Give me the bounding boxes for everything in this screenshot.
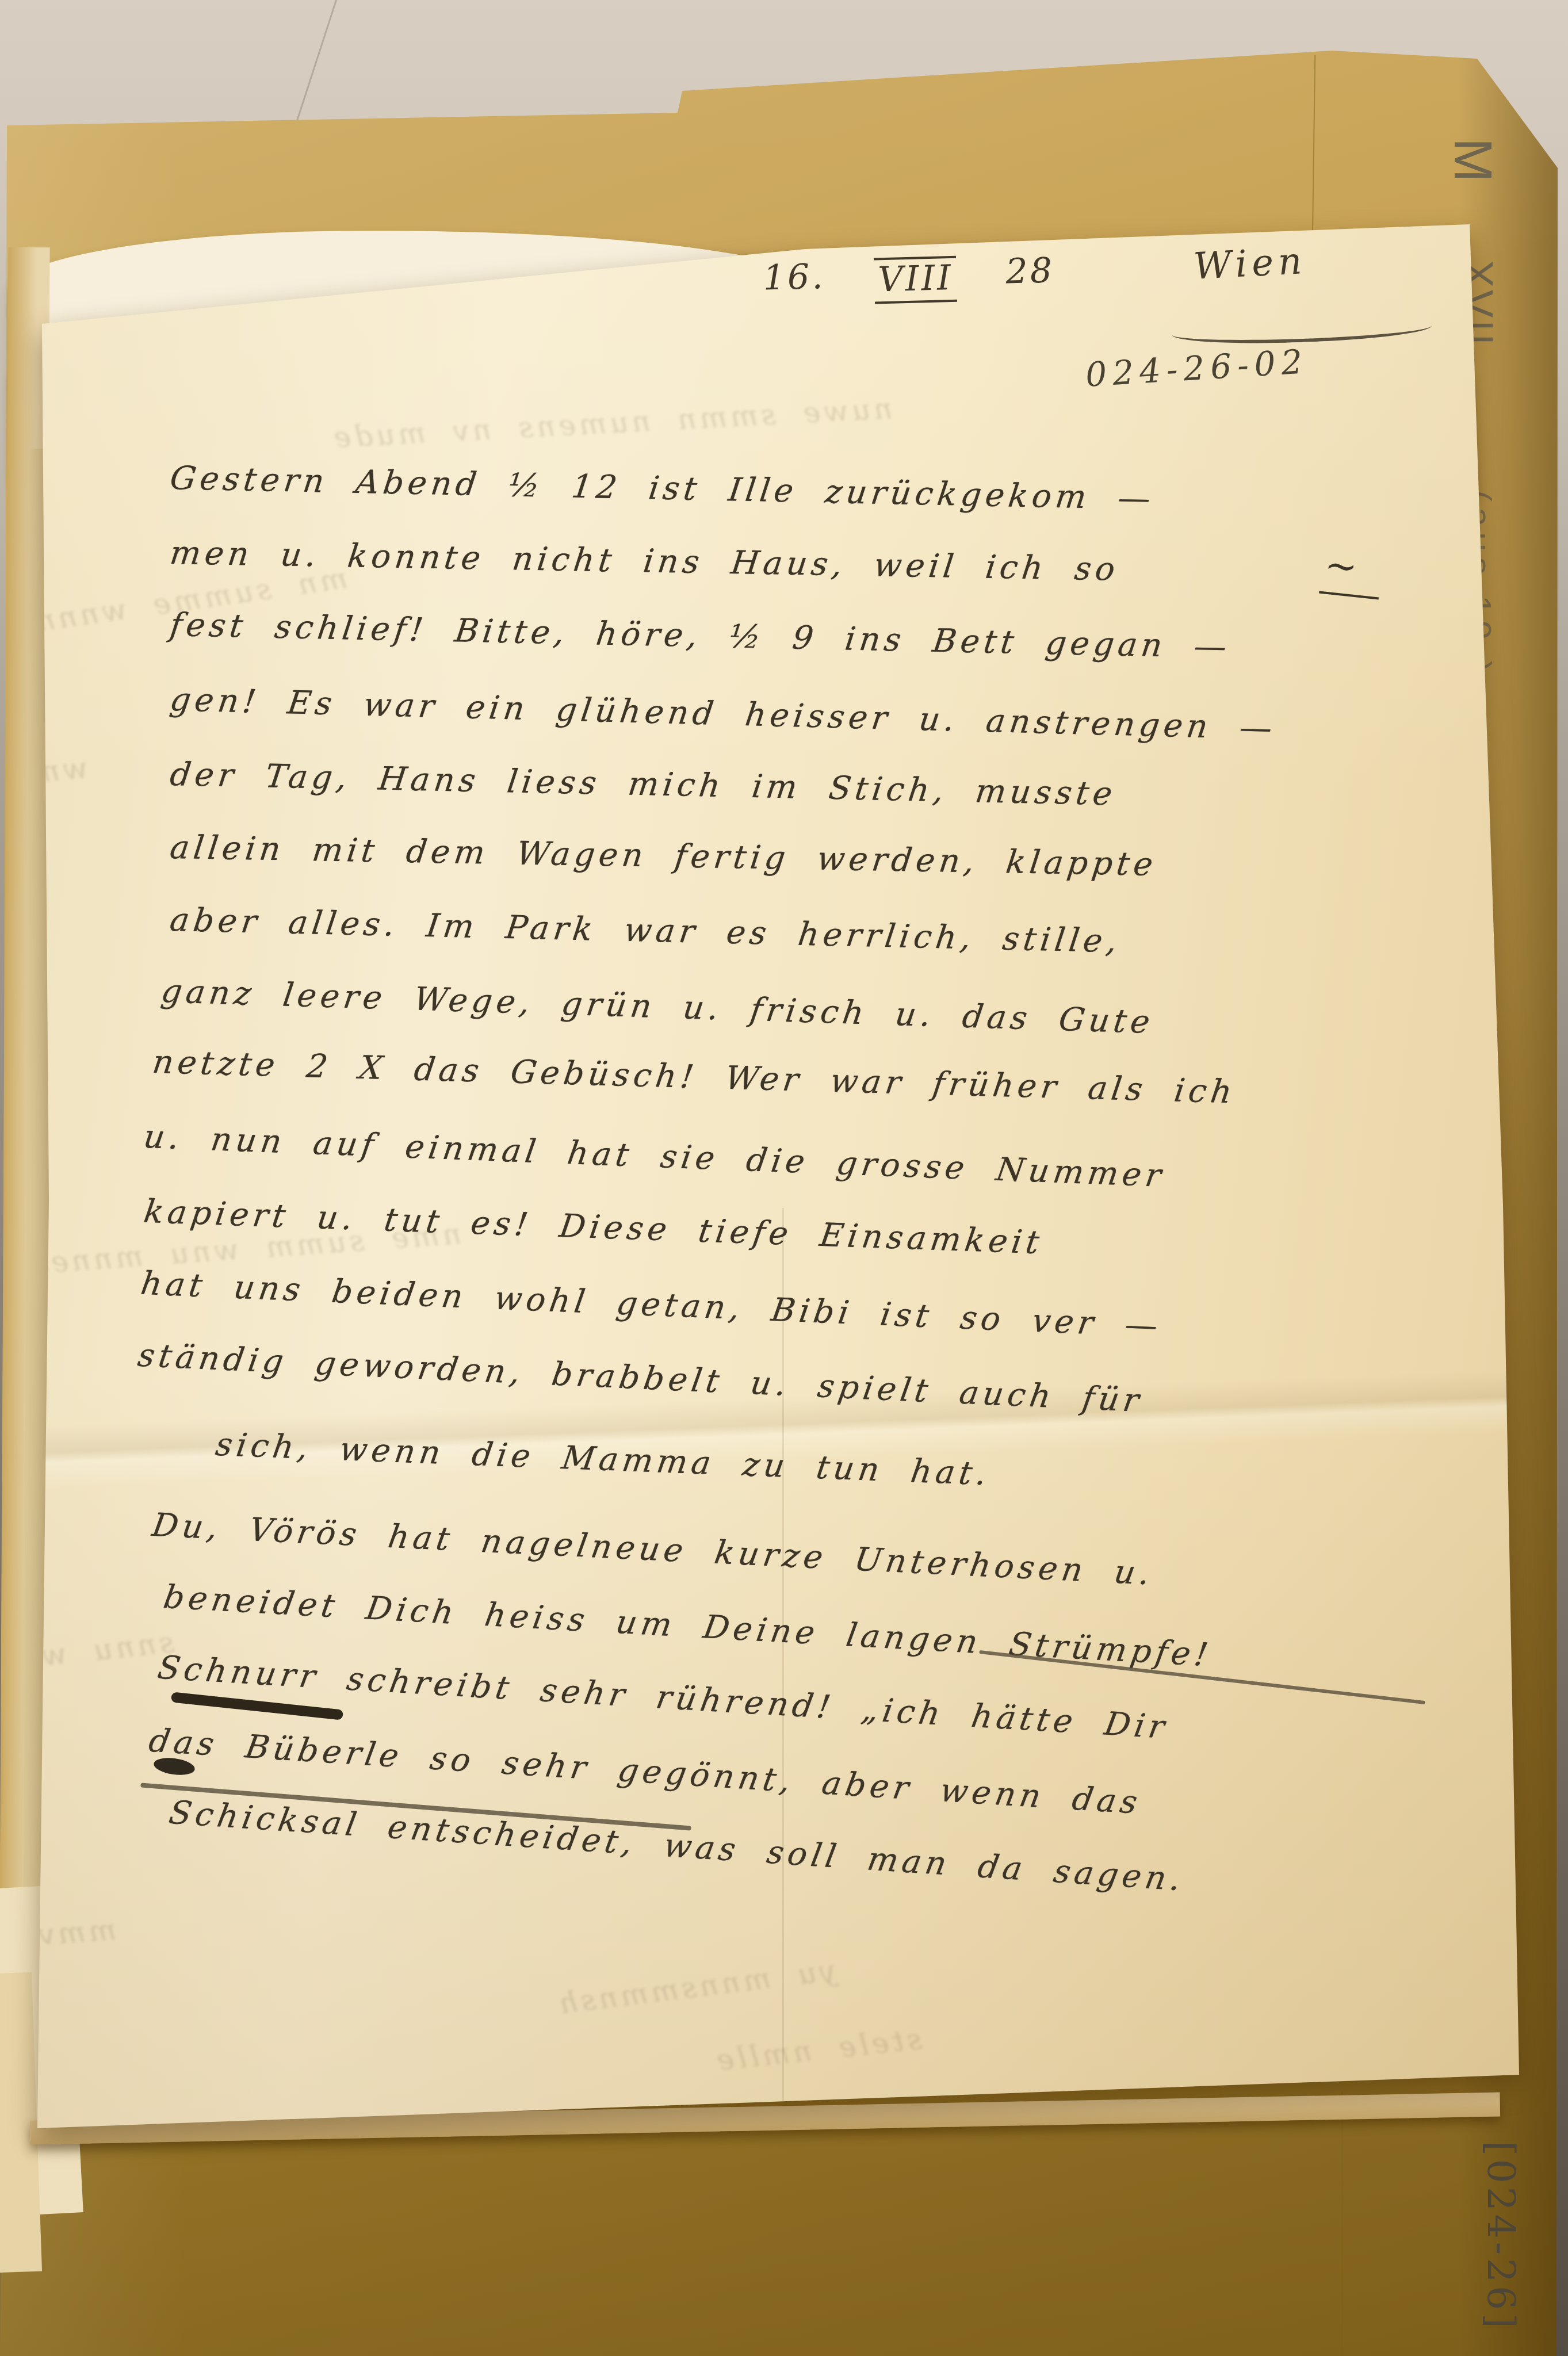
heavy-ink-underline-schnurr: [171, 1692, 343, 1720]
letter-line: allein mit dem Wagen fertig werden, klap…: [168, 829, 1159, 883]
letter-line: der Tag, Hans liess mich im Stich, musst…: [168, 756, 1118, 813]
date-month-roman: VIII: [874, 256, 957, 304]
archive-photo: { "photo": { "folder": { "label_m": "M",…: [0, 0, 1568, 2356]
letter-line: ganz leere Wege, grün u. frisch u. das G…: [159, 973, 1156, 1041]
date-year: 28: [1005, 253, 1055, 300]
letter-line: fest schlief! Bitte, höre, ½ 9 ins Bett …: [168, 607, 1233, 666]
archive-code: 024-26-02: [1085, 345, 1309, 392]
letter-line: Du, Vörös hat nagelneue kurze Unterhosen…: [150, 1507, 1156, 1593]
date-place: Wien: [1192, 243, 1307, 285]
letter-line: u. nun auf einmal hat sie die grosse Num…: [141, 1119, 1168, 1195]
folder-catalog-code: [024-26]: [1479, 2141, 1523, 2332]
letter-line: gen! Es war ein glühend heisser u. anstr…: [168, 682, 1279, 748]
ghost-writing: stele nmlle: [712, 2025, 923, 2075]
letter-line: Gestern Abend ½ 12 ist Ille zurückgekom …: [168, 460, 1157, 518]
table-seam-line: [294, 0, 338, 128]
letter-line: aber alles. Im Park war es herrlich, sti…: [168, 902, 1123, 961]
letter-page: nuwe smmn numens nv mude mn summe wnnm m…: [32, 221, 1527, 2143]
ink-squiggle-mark: ~: [1323, 545, 1360, 588]
folder-letter-annotation: M: [1442, 138, 1502, 182]
ghost-writing: nuwe smmn numens nv mude: [330, 394, 893, 452]
date-line: 16. VIII 28: [763, 253, 1055, 307]
letter-line: hat uns beiden wohl getan, Bibi ist so v…: [139, 1265, 1164, 1345]
letter-line: netzte 2 X das Gebüsch! Wer war früher a…: [150, 1044, 1238, 1111]
ghost-writing: yu mnnsmmnsh: [554, 1956, 837, 2018]
letter-paper: nuwe smmn numens nv mude mn summe wnnm m…: [32, 221, 1527, 2143]
date-day: 16.: [763, 259, 825, 307]
ink-squiggle-underline: [1319, 591, 1379, 600]
